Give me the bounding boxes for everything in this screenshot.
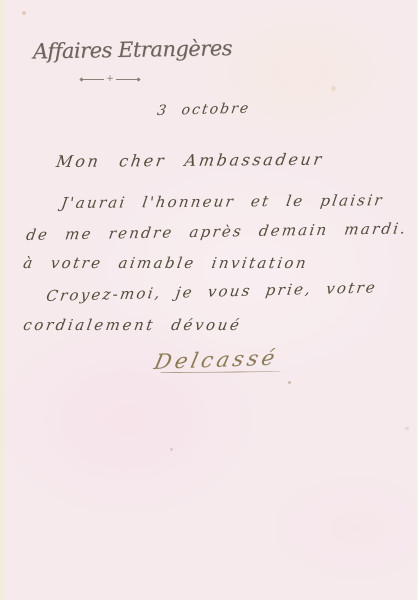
- paper-speck: [331, 86, 336, 91]
- divider-diamond-icon: [79, 77, 83, 81]
- letter-body-line: de me rendre après demain mardi.: [25, 219, 409, 244]
- paper-speck: [170, 448, 173, 451]
- divider-line: [83, 79, 104, 80]
- letter-body-line: à votre aimable invitation: [22, 254, 309, 272]
- letter-scan: Affaires Etrangères + 3 octobre Mon cher…: [0, 0, 418, 600]
- letter-signature: Delcassé: [152, 346, 280, 374]
- letterhead-divider: +: [80, 74, 140, 84]
- letter-salutation: Mon cher Ambassadeur: [55, 150, 325, 171]
- paper-speck: [288, 381, 291, 384]
- letter-closing-line: cordialement dévoué: [22, 316, 243, 334]
- letter-date: 3 octobre: [156, 101, 251, 119]
- letter-body-line: J'aurai l'honneur et le plaisir: [60, 191, 385, 212]
- divider-line: [116, 79, 137, 80]
- paper-speck: [405, 427, 409, 430]
- letterhead-title: Affaires Etrangères: [33, 37, 203, 64]
- paper-speck: [22, 11, 26, 15]
- letter-closing-line: Croyez-moi, je vous prie, votre: [45, 278, 378, 305]
- divider-diamond-icon: [136, 77, 140, 81]
- divider-cross-icon: +: [104, 75, 116, 84]
